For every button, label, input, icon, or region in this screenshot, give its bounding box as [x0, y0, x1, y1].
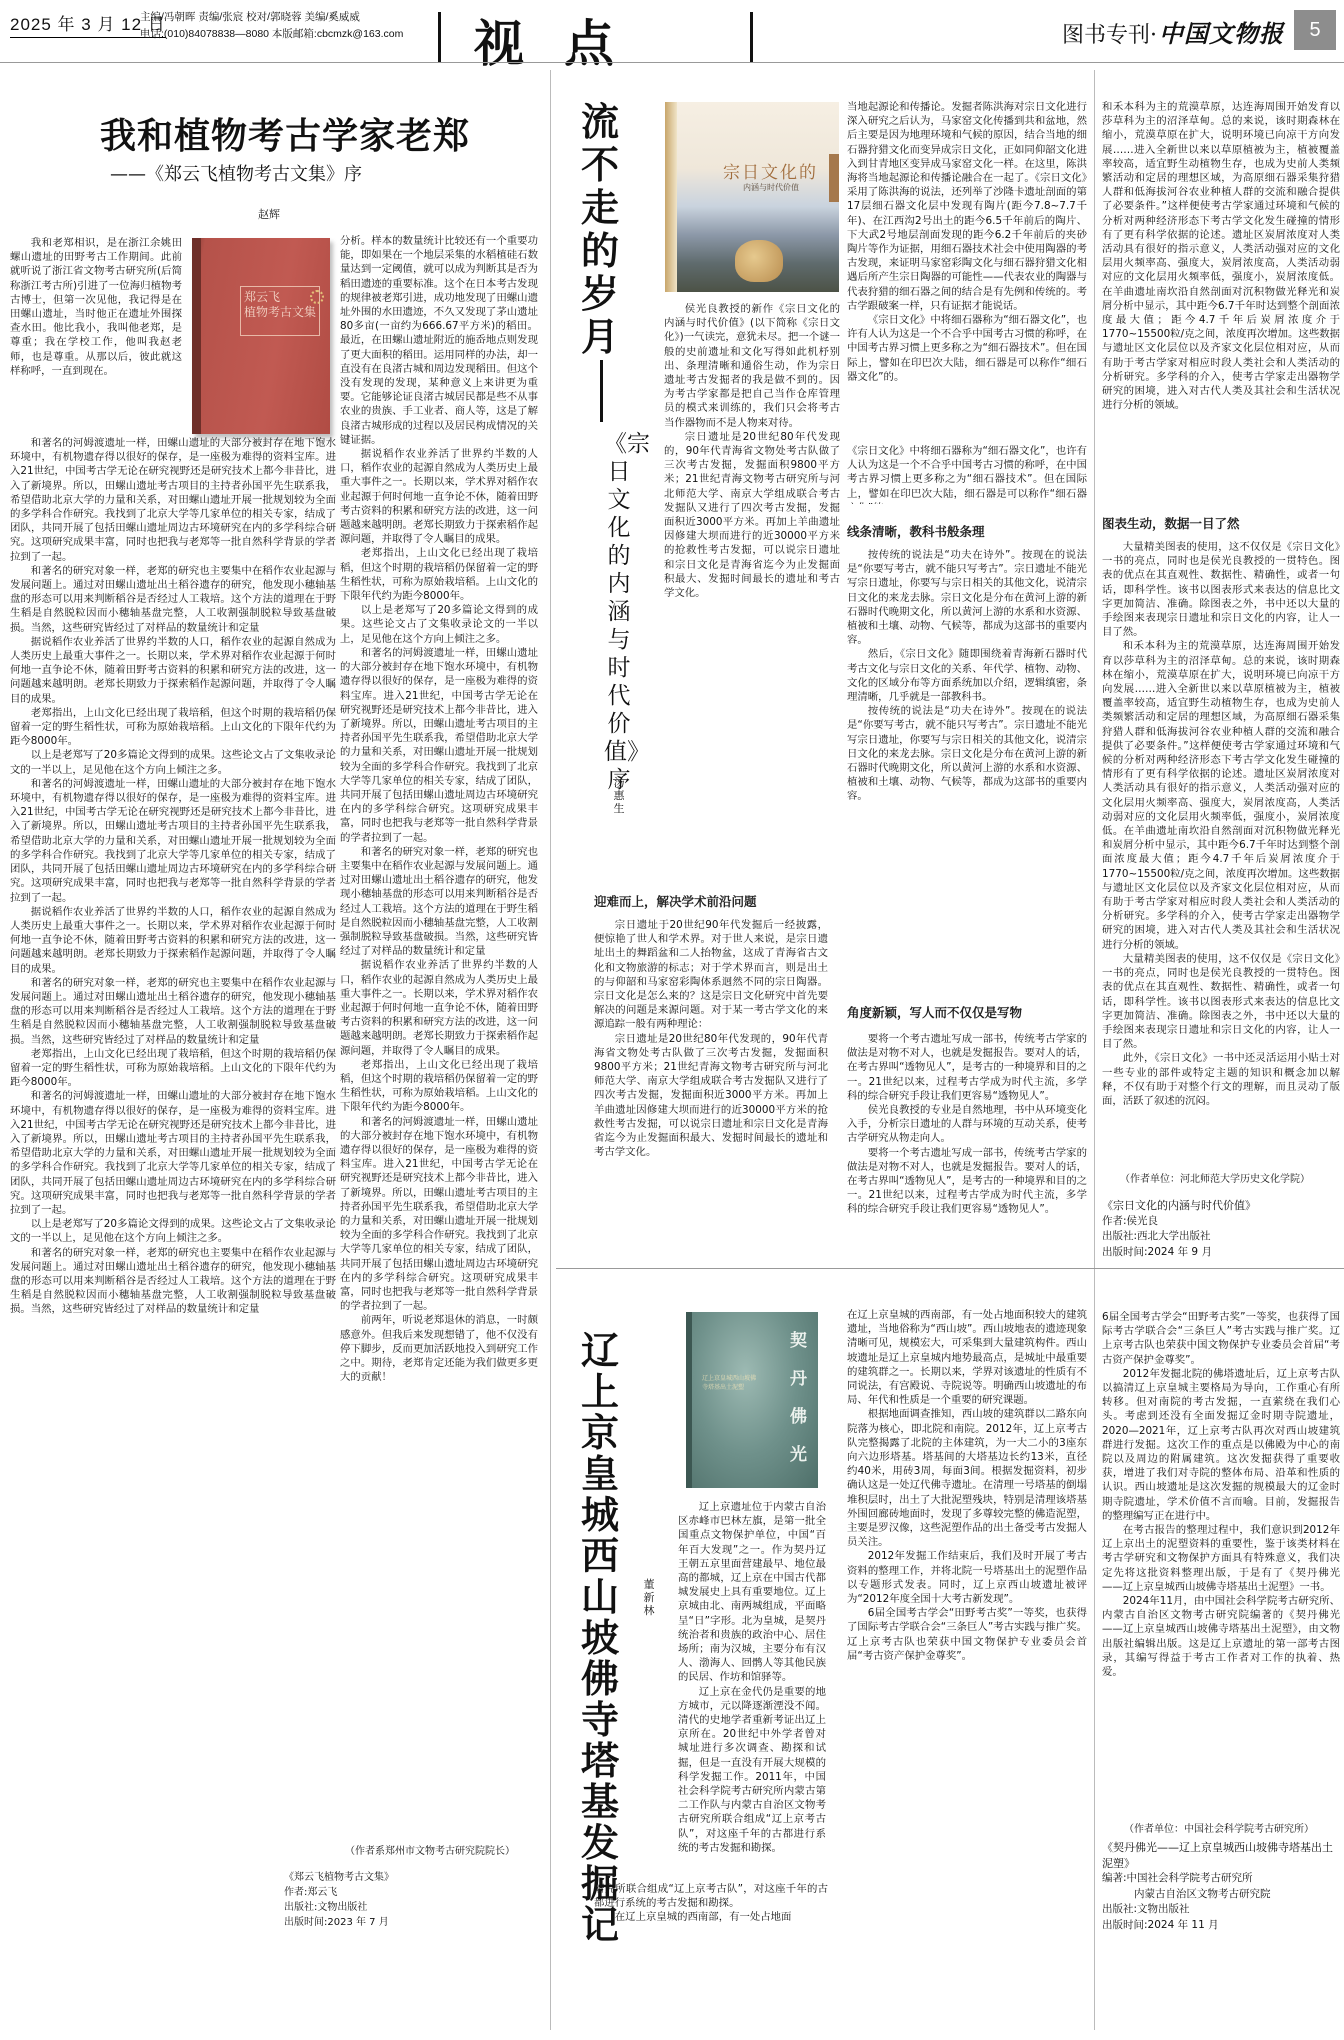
section-char-1: 视 — [474, 15, 564, 73]
column-divider — [550, 70, 551, 2030]
article1-author: 赵辉 — [258, 206, 280, 222]
article3-title: 辽上京皇城西山坡佛寺塔基发掘记 — [576, 1330, 624, 1945]
cover-spine — [192, 238, 201, 434]
paper-name: 图书专刊·中国文物报 — [1062, 14, 1284, 49]
book-publisher: 出版社:西北大学出版社 — [1102, 1229, 1340, 1245]
flower-ornament-icon — [310, 290, 324, 304]
article2-book-info: 《宗日文化的内涵与时代价值》 作者:侯光良 出版社:西北大学出版社 出版时间:2… — [1102, 1198, 1340, 1260]
article2-author: 汤惠生 — [612, 776, 626, 815]
article2-col1-lower: 宗日遗址于20世纪90年代发掘后一经披露，便惊艳了世人和学术界。对于世人来说，是… — [594, 918, 828, 1254]
article2-col3-b: 大量精美图表的使用，这不仅仅是《宗日文化》一书的亮点，同时也是侯光良教授的一贯特… — [1102, 540, 1340, 1164]
paragraph: 前两年，听说老郑退休的消息，一时颇感意外。但我后来发现想错了，他不仅没有停下脚步… — [340, 1313, 538, 1384]
masthead-divider-right — [750, 12, 753, 62]
paragraph: 根据地面调查推知，西山坡的建筑群以二路东向院落为核心，即北院和南院。2012年，… — [847, 1407, 1087, 1549]
book-publisher: 出版社:文物出版社 — [284, 1900, 544, 1915]
paragraph: 和著名的研究对象一样，老郑的研究也主要集中在稻作农业起源与发展问题上。通过对田螺… — [340, 845, 538, 959]
paragraph: 和著名的河姆渡遗址一样，田螺山遗址的大部分被封存在地下饱水环境中，有机物遗存得以… — [10, 436, 336, 564]
paragraph: 6届全国考古学会“田野考古奖”一等奖，也获得了国际考古学联合会“三条巨人”考古实… — [847, 1606, 1087, 1663]
article2-subhead-1: 迎难而上，解决学术前沿问题 — [594, 892, 757, 910]
article2-affiliation: （作者单位：河北师范大学历史文化学院） — [1120, 1170, 1310, 1185]
paragraph: 老郑指出，上山文化已经出现了栽培稻，但这个时期的栽培稻仍保留着一定的野生稻性状，… — [10, 1047, 336, 1090]
paragraph: 和著名的研究对象一样，老郑的研究也主要集中在稻作农业起源与发展问题上。通过对田螺… — [10, 976, 336, 1047]
paragraph: 和著名的河姆渡遗址一样，田螺山遗址的大部分被封存在地下饱水环境中，有机物遗存得以… — [10, 777, 336, 905]
article1-col2: 分析。样本的数量统计比较还有一个重要功能，即如果在一个地层采集的水稻植硅石数量达… — [340, 234, 538, 1854]
column-divider — [1094, 70, 1095, 2030]
paragraph: 和著名的河姆渡遗址一样，田螺山遗址的大部分被封存在地下饱水环境中，有机物遗存得以… — [340, 646, 538, 845]
article1-col1: 和著名的河姆渡遗址一样，田螺山遗址的大部分被封存在地下饱水环境中，有机物遗存得以… — [10, 436, 336, 1928]
credits-editors: 主编/冯朝晖 责编/张宸 校对/郭晓蓉 美编/奚威威 — [140, 9, 403, 26]
paragraph: 据说稻作农业养活了世界约半数的人口，稻作农业的起源自然成为人类历史上最重大事件之… — [340, 447, 538, 546]
book-date: 出版时间:2023 年 7 月 — [284, 1915, 544, 1930]
article2-col2-d: 要将一个考古遗址写成一部书，传统考古学家的做法是对物不对人，也就是发掘报告。要对… — [847, 1032, 1087, 1254]
cover-edge — [665, 102, 677, 292]
paragraph: 在辽上京皇城的西南部，有一处占地面 — [594, 1910, 828, 1924]
article3-col2: 在辽上京皇城的西南部，有一处占地面积较大的建筑遗址，当地俗称为“西山坡”。西山坡… — [847, 1308, 1087, 1938]
cover-small-title: 辽上京皇城西山坡佛寺塔基出土泥塑 — [702, 1374, 760, 1392]
book-author: 作者:郑云飞 — [284, 1885, 544, 1900]
paragraph: 老郑指出，上山文化已经出现了栽培稻，但这个时期的栽培稻仍保留着一定的野生稻性状，… — [340, 546, 538, 603]
cover-subtitle: 内涵与时代价值 — [743, 182, 799, 193]
book-publisher: 出版社:文物出版社 — [1102, 1902, 1340, 1918]
paragraph: 据说稻作农业养活了世界约半数的人口，稻作农业的起源自然成为人类历史上最重大事件之… — [340, 958, 538, 1057]
paragraph: 大量精美图表的使用，这不仅仅是《宗日文化》一书的亮点，同时也是侯光良教授的一贯特… — [1102, 540, 1340, 639]
paragraph: 据说稻作农业养活了世界约半数的人口，稻作农业的起源自然成为人类历史上最重大事件之… — [10, 905, 336, 976]
article2-subhead-2: 线条清晰，教科书般条理 — [847, 522, 985, 540]
article1-book-info: 《郑云飞植物考古文集》 作者:郑云飞 出版社:文物出版社 出版时间:2023 年… — [284, 1870, 544, 1930]
cover-title: 宗日文化的 — [723, 158, 818, 183]
cover-title-line1: 郑云飞 — [244, 290, 316, 305]
paragraph: 要将一个考古遗址写成一部书，传统考古学家的做法是对物不对人，也就是发掘报告。要对… — [847, 1146, 1087, 1217]
book-title: 《契丹佛光——辽上京皇城西山坡佛寺塔基出土泥塑》 — [1102, 1840, 1340, 1871]
paragraph: 和禾本科为主的荒漠草原，达连海周围开始发育以莎草科为主的沼泽草甸。总的来说，该时… — [1102, 639, 1340, 951]
pottery-jar-image — [735, 240, 783, 282]
paragraph: 和著名的研究对象一样，老郑的研究也主要集中在稻作农业起源与发展问题上。通过对田螺… — [10, 1246, 336, 1317]
article3-col3: 6届全国考古学会“田野考古奖”一等奖，也获得了国际考古学联合会“三条巨人”考古实… — [1102, 1310, 1340, 1810]
article2-col2: 当地起源论和传播论。发掘者陈洪海对宗日文化进行深入研究之后认为，马家窑文化传播到… — [847, 100, 1087, 444]
cover-title: 契丹佛光 — [790, 1322, 808, 1474]
article1-title: 我和植物考古学家老郑 — [20, 108, 550, 159]
article3-author: 董新林 — [642, 1578, 656, 1617]
article2-subhead-4: 图表生动，数据一目了然 — [1102, 514, 1240, 532]
paragraph: 宗日遗址于20世纪90年代发掘后一经披露，便惊艳了世人和学术界。对于世人来说，是… — [594, 918, 828, 1032]
article3-book-info: 《契丹佛光——辽上京皇城西山坡佛寺塔基出土泥塑》 编著:中国社会科学院考古研究所… — [1102, 1840, 1340, 1933]
cover-band — [829, 154, 839, 202]
book-cover-qidan: 辽上京皇城西山坡佛寺塔基出土泥塑 契丹佛光 — [686, 1312, 818, 1488]
book-cover-zheng-yunfei: 郑云飞 植物考古文集 — [192, 238, 330, 434]
paragraph: 辽上京在金代仍是重要的地方城市，元以降逐渐湮没不闻。清代的史地学者重新考证出辽上… — [678, 1685, 826, 1855]
title-dash — [600, 360, 603, 422]
supplement-label: 图书专刊· — [1062, 23, 1157, 48]
article3-col1-bottom: 研究所联合组成“辽上京考古队”，对这座千年的古都进行系统的考古发掘和勘探。 在辽… — [594, 1882, 828, 1940]
paragraph: 据说稻作农业养活了世界约半数的人口，稻作农业的起源自然成为人类历史上最重大事件之… — [10, 635, 336, 706]
paragraph: 分析。样本的数量统计比较还有一个重要功能，即如果在一个地层采集的水稻植硅石数量达… — [340, 234, 538, 447]
article2-col1: 侯光良教授的新作《宗日文化的内涵与时代价值》(以下简称《宗日文化》)一气读完，意… — [664, 302, 840, 876]
paragraph: 2024年11月，由中国社会科学院考古研究所、内蒙古自治区文物考古研究院编著的《… — [1102, 1594, 1340, 1679]
article2-col2-b: 《宗日文化》中将细石器称为“细石器文化”，也许有人认为这是一个不合乎中国考古习惯… — [847, 444, 1087, 504]
article2-col2-c: 按传统的说法是“功夫在诗外”。按现在的说法是“你要写考古，就不能只写考古”。宗日… — [847, 548, 1087, 988]
article2-subtitle: 《宗日文化的内涵与时代价值》序 — [604, 430, 634, 794]
article1-subtitle: ——《郑云飞植物考古文集》序 — [110, 160, 362, 186]
paragraph: 要将一个考古遗址写成一部书，传统考古学家的做法是对物不对人，也就是发掘报告。要对… — [847, 1032, 1087, 1103]
book-date: 出版时间:2024 年 11 月 — [1102, 1918, 1340, 1934]
paragraph: 以上是老郑写了20多篇论文得到的成果。这些论文占了文集收录论文的一半以上，足见他… — [10, 1217, 336, 1245]
book-editors: 编著:中国社会科学院考古研究所 — [1102, 1871, 1340, 1887]
paragraph: 当地起源论和传播论。发掘者陈洪海对宗日文化进行深入研究之后认为，马家窑文化传播到… — [847, 100, 1087, 313]
paragraph: 和著名的河姆渡遗址一样，田螺山遗址的大部分被封存在地下饱水环境中，有机物遗存得以… — [340, 1115, 538, 1314]
paragraph: 2012年发掘工作结束后，我们及时开展了考古资料的整理工作，并将北院一号塔基出土… — [847, 1549, 1087, 1606]
cover-title-line2: 植物考古文集 — [244, 305, 316, 320]
paragraph: 然后，《宗日文化》随即围绕着青海新石器时代考古文化与宗日文化的关系、年代学、植物… — [847, 647, 1087, 704]
article1-col1-top: 我和老郑相识，是在浙江余姚田螺山遗址的田野考古工作期间。此前就听说了浙江省文物考… — [10, 236, 182, 436]
paragraph: 侯光良教授的专业是自然地理，书中从环境变化入手，分析宗日遗址的人群与环境的互动关… — [847, 1103, 1087, 1146]
cover-spine — [686, 1312, 692, 1488]
article3-col1: 辽上京遗址位于内蒙古自治区赤峰市巴林左旗，是第一批全国重点文物保护单位，中国“百… — [678, 1500, 826, 1890]
article3-affiliation: （作者单位：中国社会科学院考古研究所） — [1124, 1820, 1314, 1835]
paragraph: 研究所联合组成“辽上京考古队”，对这座千年的古都进行系统的考古发掘和勘探。 — [594, 1882, 828, 1910]
book-author: 作者:侯光良 — [1102, 1214, 1340, 1230]
article2-title: 流不走的岁月 — [576, 100, 624, 358]
paragraph: 大量精美图表的使用，这不仅仅是《宗日文化》一书的亮点，同时也是侯光良教授的一贯特… — [1102, 952, 1340, 1051]
paragraph: 老郑指出，上山文化已经出现了栽培稻，但这个时期的栽培稻仍保留着一定的野生稻性状，… — [340, 1058, 538, 1115]
book-date: 出版时间:2024 年 9 月 — [1102, 1245, 1340, 1261]
paragraph: 宗日遗址是20世纪80年代发现的，90年代青海省文物处考古队做了三次考古发掘，发… — [664, 430, 840, 600]
book-editors-line2: 内蒙古自治区文物考古研究院 — [1102, 1887, 1340, 1903]
paragraph: 2012年发掘北院的佛塔遗址后，辽上京考古队以搞清辽上京皇城主要格局为导向，工作… — [1102, 1367, 1340, 1523]
page-number-badge: 5 — [1294, 10, 1336, 50]
paragraph: 以上是老郑写了20多篇论文得到的成果。这些论文占了文集收录论文的一半以上，足见他… — [340, 603, 538, 646]
book-title: 《宗日文化的内涵与时代价值》 — [1102, 1198, 1340, 1214]
paragraph: 在考古报告的整理过程中，我们意识到2012年辽上京出土的泥塑资料的重要性，鉴于该… — [1102, 1523, 1340, 1594]
paragraph: 我和老郑相识，是在浙江余姚田螺山遗址的田野考古工作期间。此前就听说了浙江省文物考… — [10, 236, 182, 378]
paragraph: 以上是老郑写了20多篇论文得到的成果。这些论文占了文集收录论文的一半以上，足见他… — [10, 748, 336, 776]
paragraph: 侯光良教授的新作《宗日文化的内涵与时代价值》(以下简称《宗日文化》)一气读完，意… — [664, 302, 840, 430]
paragraph: 和著名的研究对象一样，老郑的研究也主要集中在稻作农业起源与发展问题上。通过对田螺… — [10, 564, 336, 635]
article2-col3: 和禾本科为主的荒漠草原，达连海周围开始发育以莎草科为主的沼泽草甸。总的来说，该时… — [1102, 100, 1340, 498]
paragraph: 此外，《宗日文化》一书中还灵活运用小贴士对一些专业的部件或特定主题的知识和概念加… — [1102, 1051, 1340, 1108]
paragraph: 和著名的河姆渡遗址一样，田螺山遗址的大部分被封存在地下饱水环境中，有机物遗存得以… — [10, 1089, 336, 1217]
paragraph: 按传统的说法是“功夫在诗外”。按现在的说法是“你要写考古，就不能只写考古”。宗日… — [847, 548, 1087, 647]
book-cover-zongri: 宗日文化的 内涵与时代价值 — [665, 102, 839, 292]
article-divider — [556, 1268, 1344, 1269]
paper-brand-logo: 中国文物报 — [1159, 19, 1284, 48]
editorial-credits: 主编/冯朝晖 责编/张宸 校对/郭晓蓉 美编/奚威威 电话:(010)84078… — [140, 9, 403, 43]
paragraph: 《宗日文化》中将细石器称为“细石器文化”，也许有人认为这是一个不合乎中国考古习惯… — [847, 313, 1087, 384]
paragraph: 按传统的说法是“功夫在诗外”。按现在的说法是“你要写考古，就不能只写考古”。宗日… — [847, 704, 1087, 803]
book-title: 《郑云飞植物考古文集》 — [284, 1870, 544, 1885]
masthead-rule — [0, 62, 1344, 63]
paragraph: 宗日遗址是20世纪80年代发现的，90年代青海省文物处考古队做了三次考古发掘，发… — [594, 1032, 828, 1160]
cover-title: 郑云飞 植物考古文集 — [244, 290, 316, 320]
masthead-divider-left — [438, 12, 441, 62]
section-title: 视点 — [474, 4, 654, 76]
paragraph: 在辽上京皇城的西南部，有一处占地面积较大的建筑遗址，当地俗称为“西山坡”。西山坡… — [847, 1308, 1087, 1407]
article2-subhead-3: 角度新颖，写人而不仅仅是写物 — [847, 1003, 1022, 1021]
article1-affiliation: （作者系郑州市文物考古研究院院长） — [345, 1842, 515, 1857]
paragraph: 《宗日文化》中将细石器称为“细石器文化”，也许有人认为这是一个不合乎中国考古习惯… — [847, 444, 1087, 504]
paragraph: 老郑指出，上山文化已经出现了栽培稻，但这个时期的栽培稻仍保留着一定的野生稻性状，… — [10, 706, 336, 749]
section-char-2: 点 — [564, 15, 654, 73]
paragraph: 辽上京遗址位于内蒙古自治区赤峰市巴林左旗，是第一批全国重点文物保护单位，中国“百… — [678, 1500, 826, 1685]
paragraph: 和禾本科为主的荒漠草原，达连海周围开始发育以莎草科为主的沼泽草甸。总的来说，该时… — [1102, 100, 1340, 412]
credits-contact: 电话:(010)84078838—8080 本版邮箱:cbcmzk@163.co… — [140, 26, 403, 43]
paragraph: 6届全国考古学会“田野考古奖”一等奖，也获得了国际考古学联合会“三条巨人”考古实… — [1102, 1310, 1340, 1367]
